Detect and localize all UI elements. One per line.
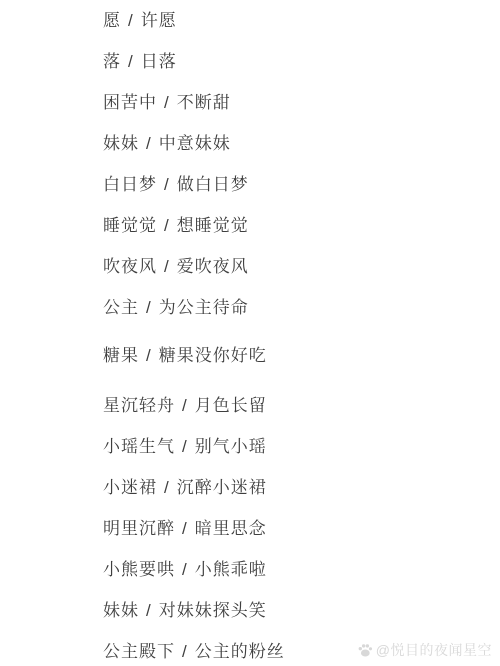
list-item: 公主/为公主待命 [103, 287, 500, 328]
nickname-right: 为公主待命 [159, 298, 249, 317]
separator: / [182, 642, 188, 661]
nickname-right: 中意妹妹 [159, 134, 231, 153]
watermark-text: @悦目的夜闻星空 [376, 640, 492, 660]
separator: / [146, 346, 152, 365]
separator: / [164, 175, 170, 194]
list-item: 吹夜风/爱吹夜风 [103, 246, 500, 287]
list-item: 白日梦/做白日梦 [103, 164, 500, 205]
nickname-right: 对妹妹探头笑 [159, 601, 267, 620]
nickname-left: 妹妹 [103, 601, 139, 620]
nickname-left: 吹夜风 [103, 257, 157, 276]
list-item: 妹妹/对妹妹探头笑 [103, 590, 500, 631]
nickname-left: 明里沉醉 [103, 519, 175, 538]
nickname-left: 小熊要哄 [103, 560, 175, 579]
separator: / [182, 437, 188, 456]
nickname-left: 小迷裙 [103, 478, 157, 497]
nickname-right: 不断甜 [177, 93, 231, 112]
nickname-left: 糖果 [103, 346, 139, 365]
nickname-right: 小熊乖啦 [195, 560, 267, 579]
separator: / [182, 519, 188, 538]
nickname-list: 愿/许愿 落/日落 困苦中/不断甜 妹妹/中意妹妹 白日梦/做白日梦 睡觉觉/想… [0, 0, 500, 666]
list-item: 小瑶生气/别气小瑶 [103, 426, 500, 467]
list-item: 睡觉觉/想睡觉觉 [103, 205, 500, 246]
list-item: 落/日落 [103, 41, 500, 82]
nickname-left: 落 [103, 52, 121, 71]
nickname-right: 做白日梦 [177, 175, 249, 194]
separator: / [164, 93, 170, 112]
list-item: 小迷裙/沉醉小迷裙 [103, 467, 500, 508]
watermark: @悦目的夜闻星空 [357, 640, 492, 660]
nickname-left: 公主 [103, 298, 139, 317]
nickname-left: 妹妹 [103, 134, 139, 153]
nickname-right: 日落 [141, 52, 177, 71]
nickname-left: 睡觉觉 [103, 216, 157, 235]
list-item: 妹妹/中意妹妹 [103, 123, 500, 164]
list-item: 星沉轻舟/月色长留 [103, 385, 500, 426]
nickname-right: 许愿 [141, 11, 177, 30]
paw-icon [357, 643, 373, 658]
separator: / [182, 560, 188, 579]
nickname-right: 公主的粉丝 [195, 642, 285, 661]
nickname-right: 爱吹夜风 [177, 257, 249, 276]
separator: / [164, 478, 170, 497]
separator: / [128, 11, 134, 30]
nickname-left: 小瑶生气 [103, 437, 175, 456]
separator: / [146, 134, 152, 153]
nickname-right: 糖果没你好吃 [159, 346, 267, 365]
nickname-right: 想睡觉觉 [177, 216, 249, 235]
separator: / [182, 396, 188, 415]
nickname-right: 别气小瑶 [195, 437, 267, 456]
nickname-left: 困苦中 [103, 93, 157, 112]
nickname-left: 愿 [103, 11, 121, 30]
nickname-left: 白日梦 [103, 175, 157, 194]
nickname-left: 公主殿下 [103, 642, 175, 661]
separator: / [164, 216, 170, 235]
nickname-right: 暗里思念 [195, 519, 267, 538]
list-item: 小熊要哄/小熊乖啦 [103, 549, 500, 590]
list-item: 困苦中/不断甜 [103, 82, 500, 123]
nickname-right: 月色长留 [195, 396, 267, 415]
nickname-left: 星沉轻舟 [103, 396, 175, 415]
list-item: 明里沉醉/暗里思念 [103, 508, 500, 549]
nickname-right: 沉醉小迷裙 [177, 478, 267, 497]
separator: / [146, 601, 152, 620]
separator: / [164, 257, 170, 276]
separator: / [146, 298, 152, 317]
list-item: 愿/许愿 [103, 0, 500, 41]
list-item: 糖果/糖果没你好吃 [103, 335, 500, 376]
separator: / [128, 52, 134, 71]
